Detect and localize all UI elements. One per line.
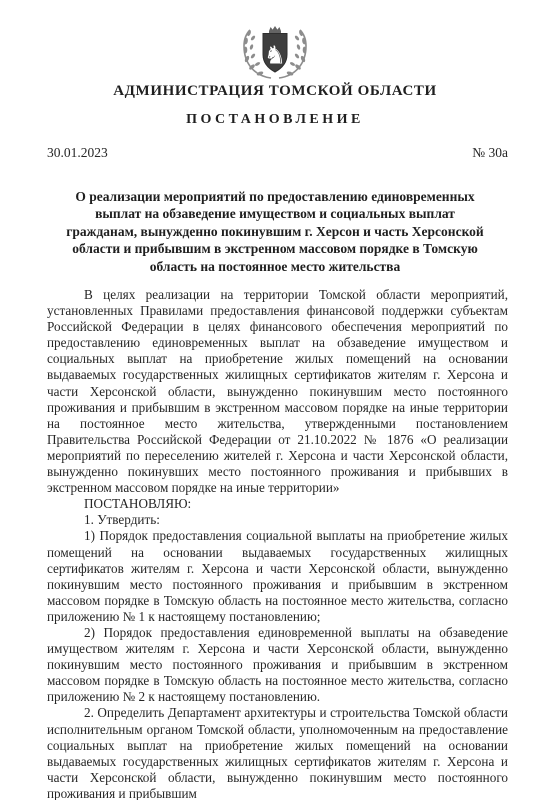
org-name: АДМИНИСТРАЦИЯ ТОМСКОЙ ОБЛАСТИ	[0, 83, 550, 100]
doc-date: 30.01.2023	[47, 145, 108, 161]
body-paragraph-item-2: 2. Определить Департамент архитектуры и …	[47, 705, 508, 800]
crown-icon	[269, 26, 281, 33]
document-page: ♞ АДМИНИСТРАЦИЯ ТОМСКОЙ ОБЛАСТИ ПОСТАНОВ…	[0, 0, 550, 800]
resolution-keyword: ПОСТАНОВЛЯЮ:	[47, 496, 508, 512]
body-paragraph-preamble: В целях реализации на территории Томской…	[47, 287, 508, 496]
coat-of-arms-svg: ♞	[227, 25, 323, 83]
doc-body: В целях реализации на территории Томской…	[47, 287, 508, 800]
horse-icon: ♞	[264, 41, 286, 70]
doc-title: О реализации мероприятий по предоставлен…	[58, 188, 492, 275]
doc-number: № 30а	[472, 145, 508, 161]
body-paragraph-item-1-1: 1) Порядок предоставления социальной вып…	[47, 528, 508, 625]
body-paragraph-item-1-2: 2) Порядок предоставления единовременной…	[47, 625, 508, 705]
meta-row: 30.01.2023 № 30а	[47, 145, 508, 161]
body-paragraph-item-1: 1. Утвердить:	[47, 512, 508, 528]
tomsk-coat-of-arms-icon: ♞	[227, 25, 323, 83]
doc-type-heading: ПОСТАНОВЛЕНИЕ	[0, 112, 550, 128]
